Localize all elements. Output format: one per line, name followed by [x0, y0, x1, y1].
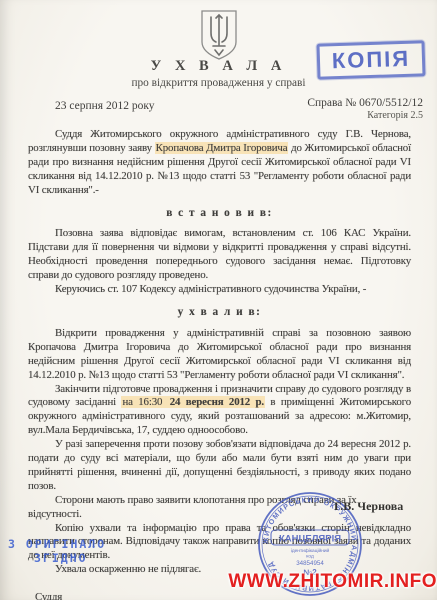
case-number: Справа № 0670/5512/12 — [307, 97, 423, 109]
hearing-date-highlighted: 24 вересня 2012 р. — [169, 396, 265, 408]
certified-copy-stamp-line2: ЗГІДНО — [8, 551, 106, 565]
established-paragraph-1: Позовна заява відповідає вимогам, встано… — [28, 227, 411, 283]
established-paragraph-2: Керуючись ст. 107 Кодексу адміністративн… — [28, 283, 411, 297]
ruled-paragraph-3: У разі заперечення проти позову зобов'яз… — [28, 438, 411, 494]
ruled-paragraph-2: Закінчити підготовче провадження і призн… — [28, 383, 411, 439]
intro-paragraph: Суддя Житомирського окружного адміністра… — [28, 128, 411, 198]
seal-subtitle-2: код — [306, 555, 314, 560]
document-date: 23 серпня 2012 року — [55, 100, 155, 112]
plaintiff-name-highlighted: Кропачова Дмитра Ігоровича — [155, 142, 289, 154]
seal-title: КАНЦЕЛЯРІЯ — [279, 534, 341, 545]
court-ruling-document: КОПІЯ У Х В А Л А про відкриття провадже… — [0, 0, 437, 600]
certified-copy-stamp-line1: З ОРИГІНАЛО — [8, 537, 106, 551]
case-category: Категорія 2.5 — [307, 110, 423, 121]
ukraine-trident-emblem — [199, 9, 239, 61]
document-subtitle: про відкриття провадження у справі — [0, 77, 437, 89]
established-heading: в с т а н о в и в: — [28, 207, 411, 221]
hearing-time-highlighted: на 16:30 — [121, 396, 168, 408]
seal-id-code: 34854954 — [296, 560, 324, 567]
case-meta: Справа № 0670/5512/12 Категорія 2.5 — [307, 97, 423, 121]
certified-copy-stamp: З ОРИГІНАЛО ЗГІДНО — [8, 537, 106, 565]
copy-stamp: КОПІЯ — [316, 40, 425, 79]
ruled-paragraph-1: Відкрити провадження у адміністративній … — [28, 327, 411, 383]
ruled-heading: у х в а л и в: — [28, 306, 411, 320]
seal-subtitle-1: ідентифікаційний — [291, 547, 330, 554]
judge-signature-name: Г.В. Чернова — [334, 499, 403, 514]
site-watermark: WWW.ZHITOMIR.INFO — [228, 571, 437, 593]
